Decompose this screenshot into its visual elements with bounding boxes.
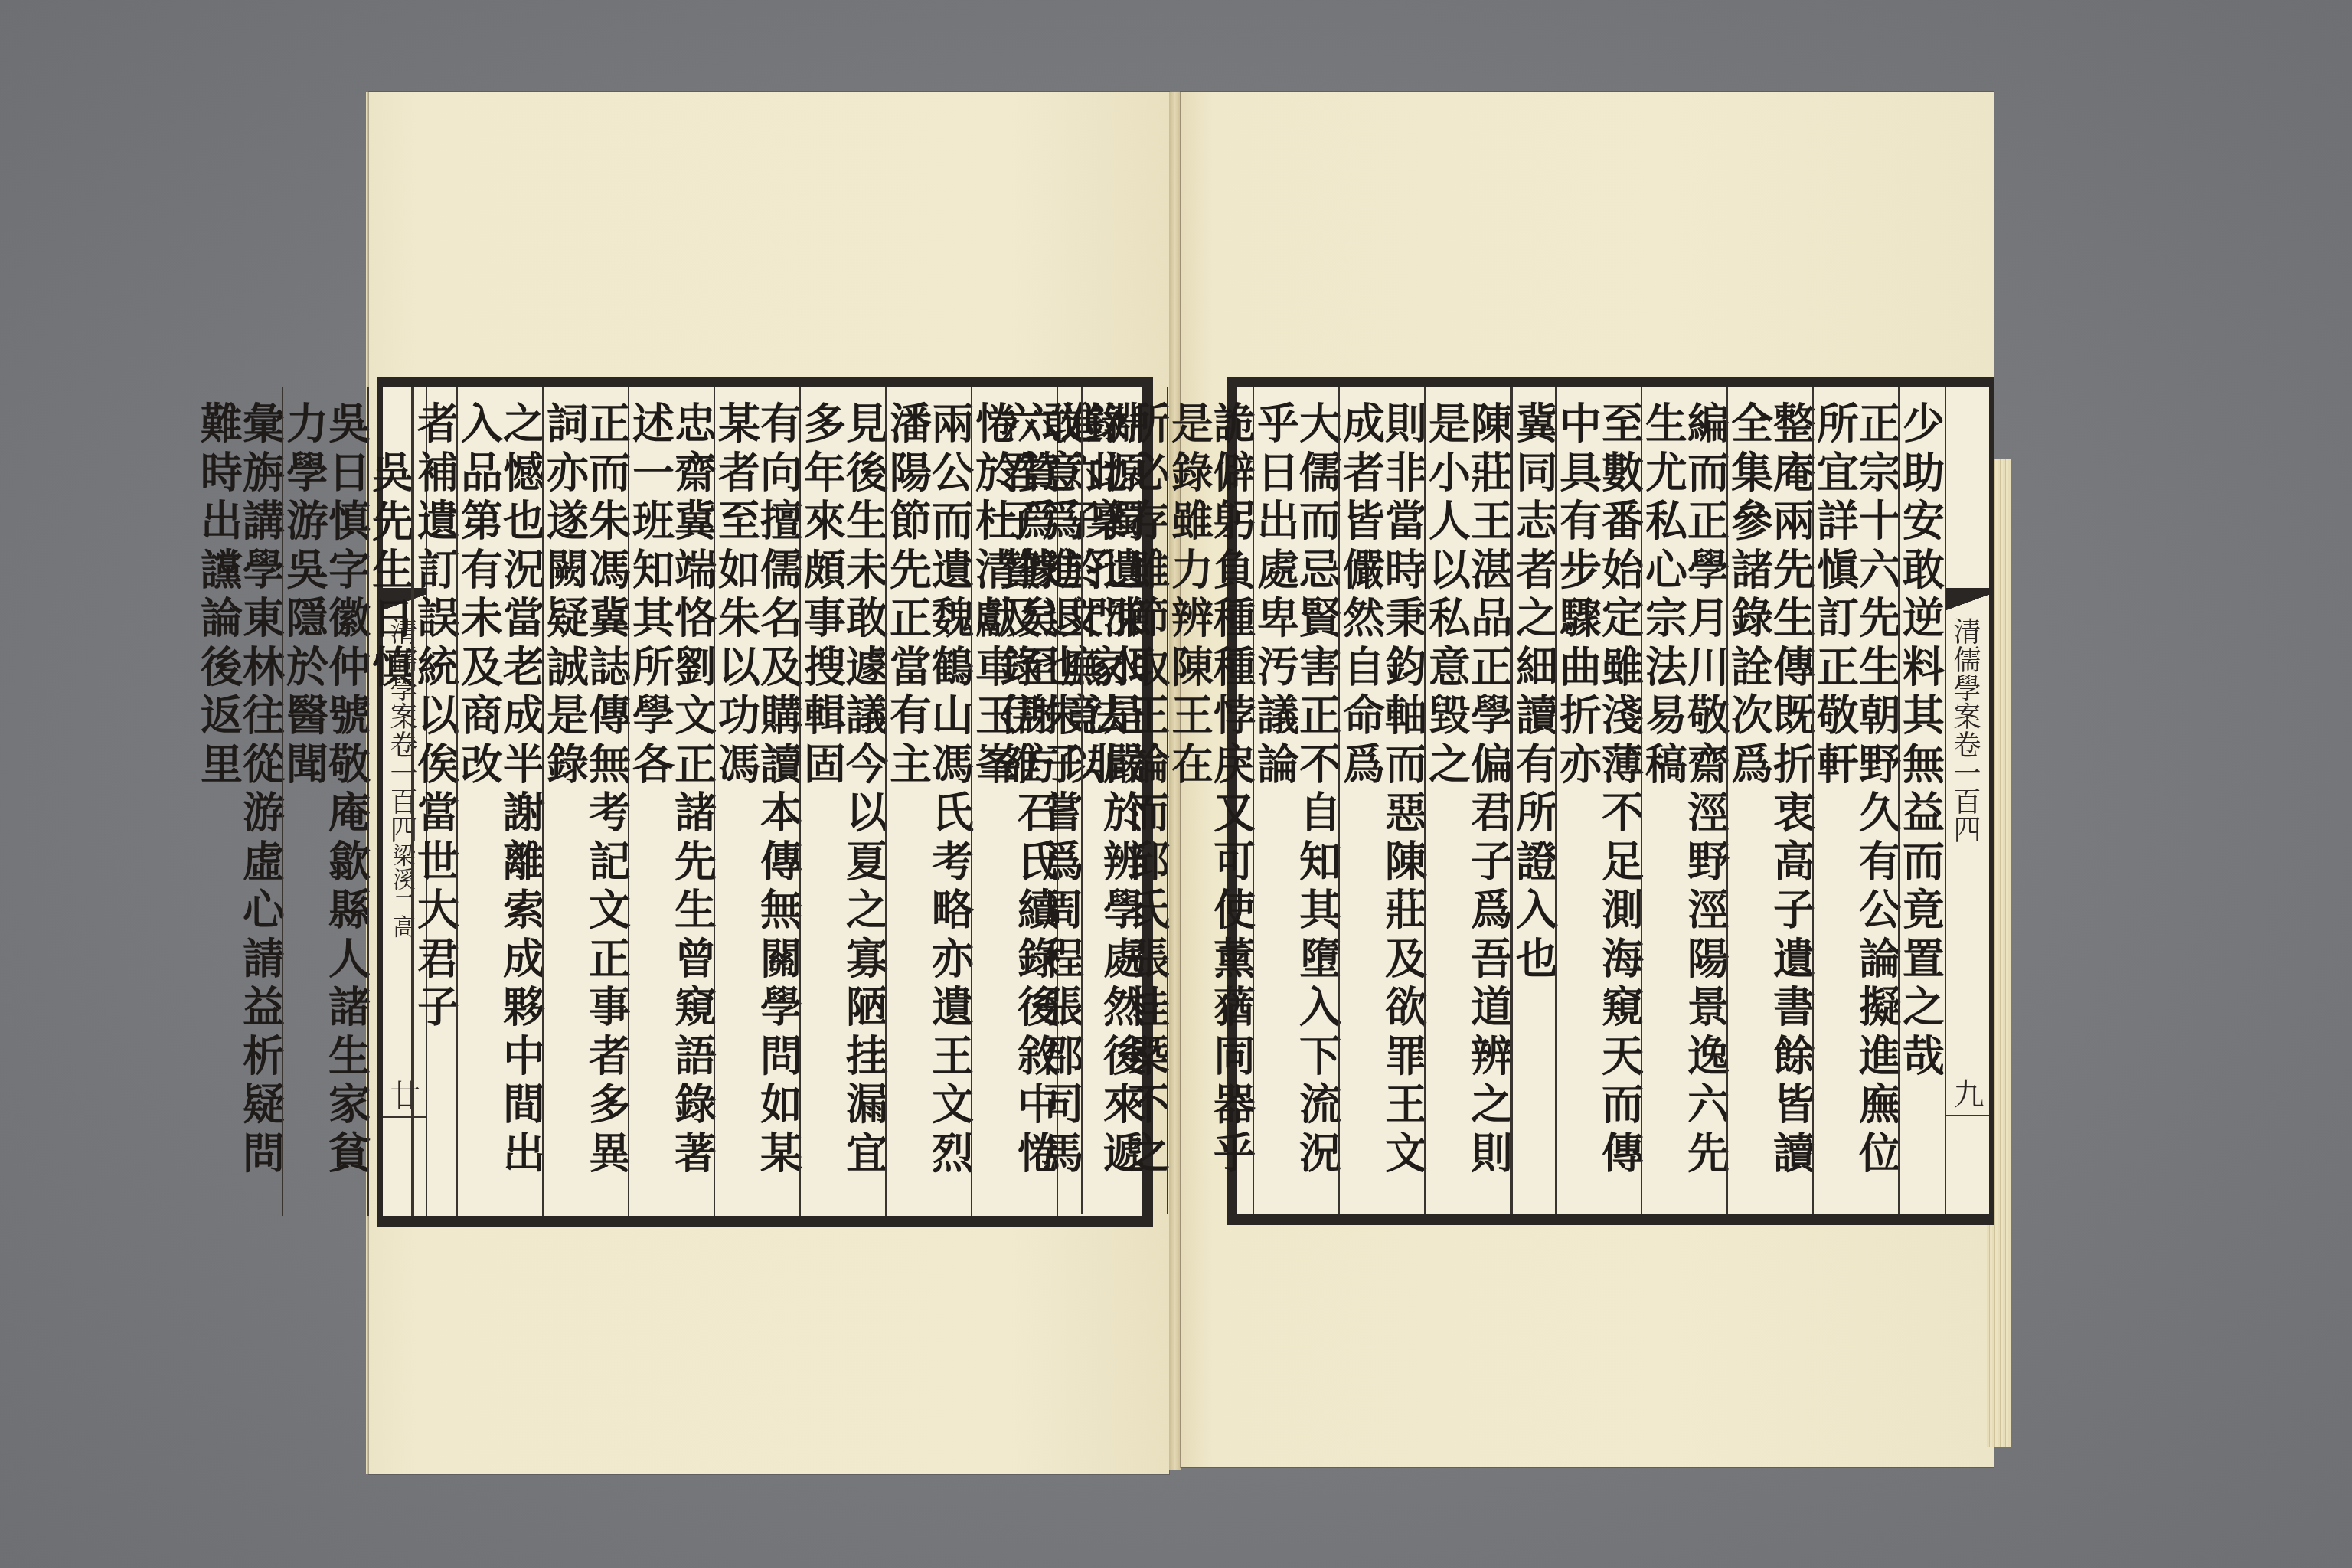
text-column: 大儒而忌賢害正不自知其墮入下流況乎日出處卑汚議論 (1253, 387, 1338, 1214)
text-column: 所必存雖節取正論而邱氏張桂槩不之錄此稟孔門家法非 (1081, 387, 1167, 1214)
text-column: 編而正學月川敬齋涇野涇陽景逸六先生尤私心宗法易稿 (1641, 387, 1726, 1214)
text-column: 敢意爲進退也朱子嘗爲周程張邵司馬六君子贊及錄伊雒 (997, 387, 1081, 1214)
text-column: 冀同志者之細讀有所證入也 (1511, 387, 1555, 1214)
text-column: 正宗十六先生朝野久有公論擬進廡位所宜詳愼訂正敬軒 (1812, 387, 1898, 1214)
right-fold-title: 清儒學案卷一百四 (1951, 617, 1978, 844)
fish-tail-mark (1946, 588, 1989, 612)
text-column: 之憾也況當老成半謝離索成夥中間出入品第有未及商改 (456, 387, 542, 1216)
text-column: 兩公而遺魏鶴山馮氏考略亦遺王文烈潘陽節先正當有主 (885, 387, 971, 1216)
text-column: 忠齋冀端恪劉文正諸先生曾窺語錄著述一班知其所學各 (628, 387, 714, 1216)
text-column: 吳日慎字徽仲號敬庵歙縣人諸生家貧力學游吳隱於醫聞 (282, 387, 367, 1216)
fold-rule (1946, 1115, 1989, 1116)
text-column: 正而朱馮冀誌傳無考記文正事者多異詞亦遂闕疑誠是錄 (542, 387, 628, 1216)
section-heading-column: 吳先生日慎 (367, 387, 411, 1216)
text-column: 見後生未敢遽議今以夏之寡陋挂漏宜多年來頗事搜輯固 (799, 387, 885, 1216)
text-column: 少助安敢逆料其無益而竟置之哉 (1898, 387, 1942, 1214)
text-column: 則非當時秉鈞軸而惡陳莊及欲罪王文成者皆儼然自命爲 (1338, 387, 1424, 1214)
right-text-columns: 少助安敢逆料其無益而竟置之哉 正宗十六先生朝野久有公論擬進廡位所宜詳愼訂正敬軒 … (1237, 387, 1942, 1214)
text-column: 彙旃講學東林往從游虛心請益析疑問難時出讜論後返里 (198, 387, 282, 1216)
text-column: 陳莊王湛品正學偏君子爲吾道辨之則是小人以私意毀之 (1424, 387, 1510, 1214)
text-column: 詭僻躬負種種悖戾又可使薰蕕同器乎是錄雖力辨陳王在 (1167, 387, 1253, 1214)
text-column: 整庵兩先生傳既折衷高子遺書餘皆讀全集參諸錄詮次爲 (1726, 387, 1812, 1214)
right-fold-margin: 清儒學案卷一百四 九 (1945, 387, 1989, 1214)
text-column: 至數番始定雖淺薄不足測海窺天而傳中具有步驟曲折亦 (1555, 387, 1641, 1214)
text-column: 有向擅儒名及購讀本傳無關學問如某某者至如朱以功馮 (714, 387, 799, 1216)
right-page-number: 九 (1951, 1078, 1981, 1109)
right-page-text-block: 少助安敢逆料其無益而竟置之哉 正宗十六先生朝野久有公論擬進廡位所宜詳愼訂正敬軒 … (1227, 377, 1994, 1225)
text-column: 者補遺訂誤統以俟當世大君子 (413, 387, 456, 1216)
